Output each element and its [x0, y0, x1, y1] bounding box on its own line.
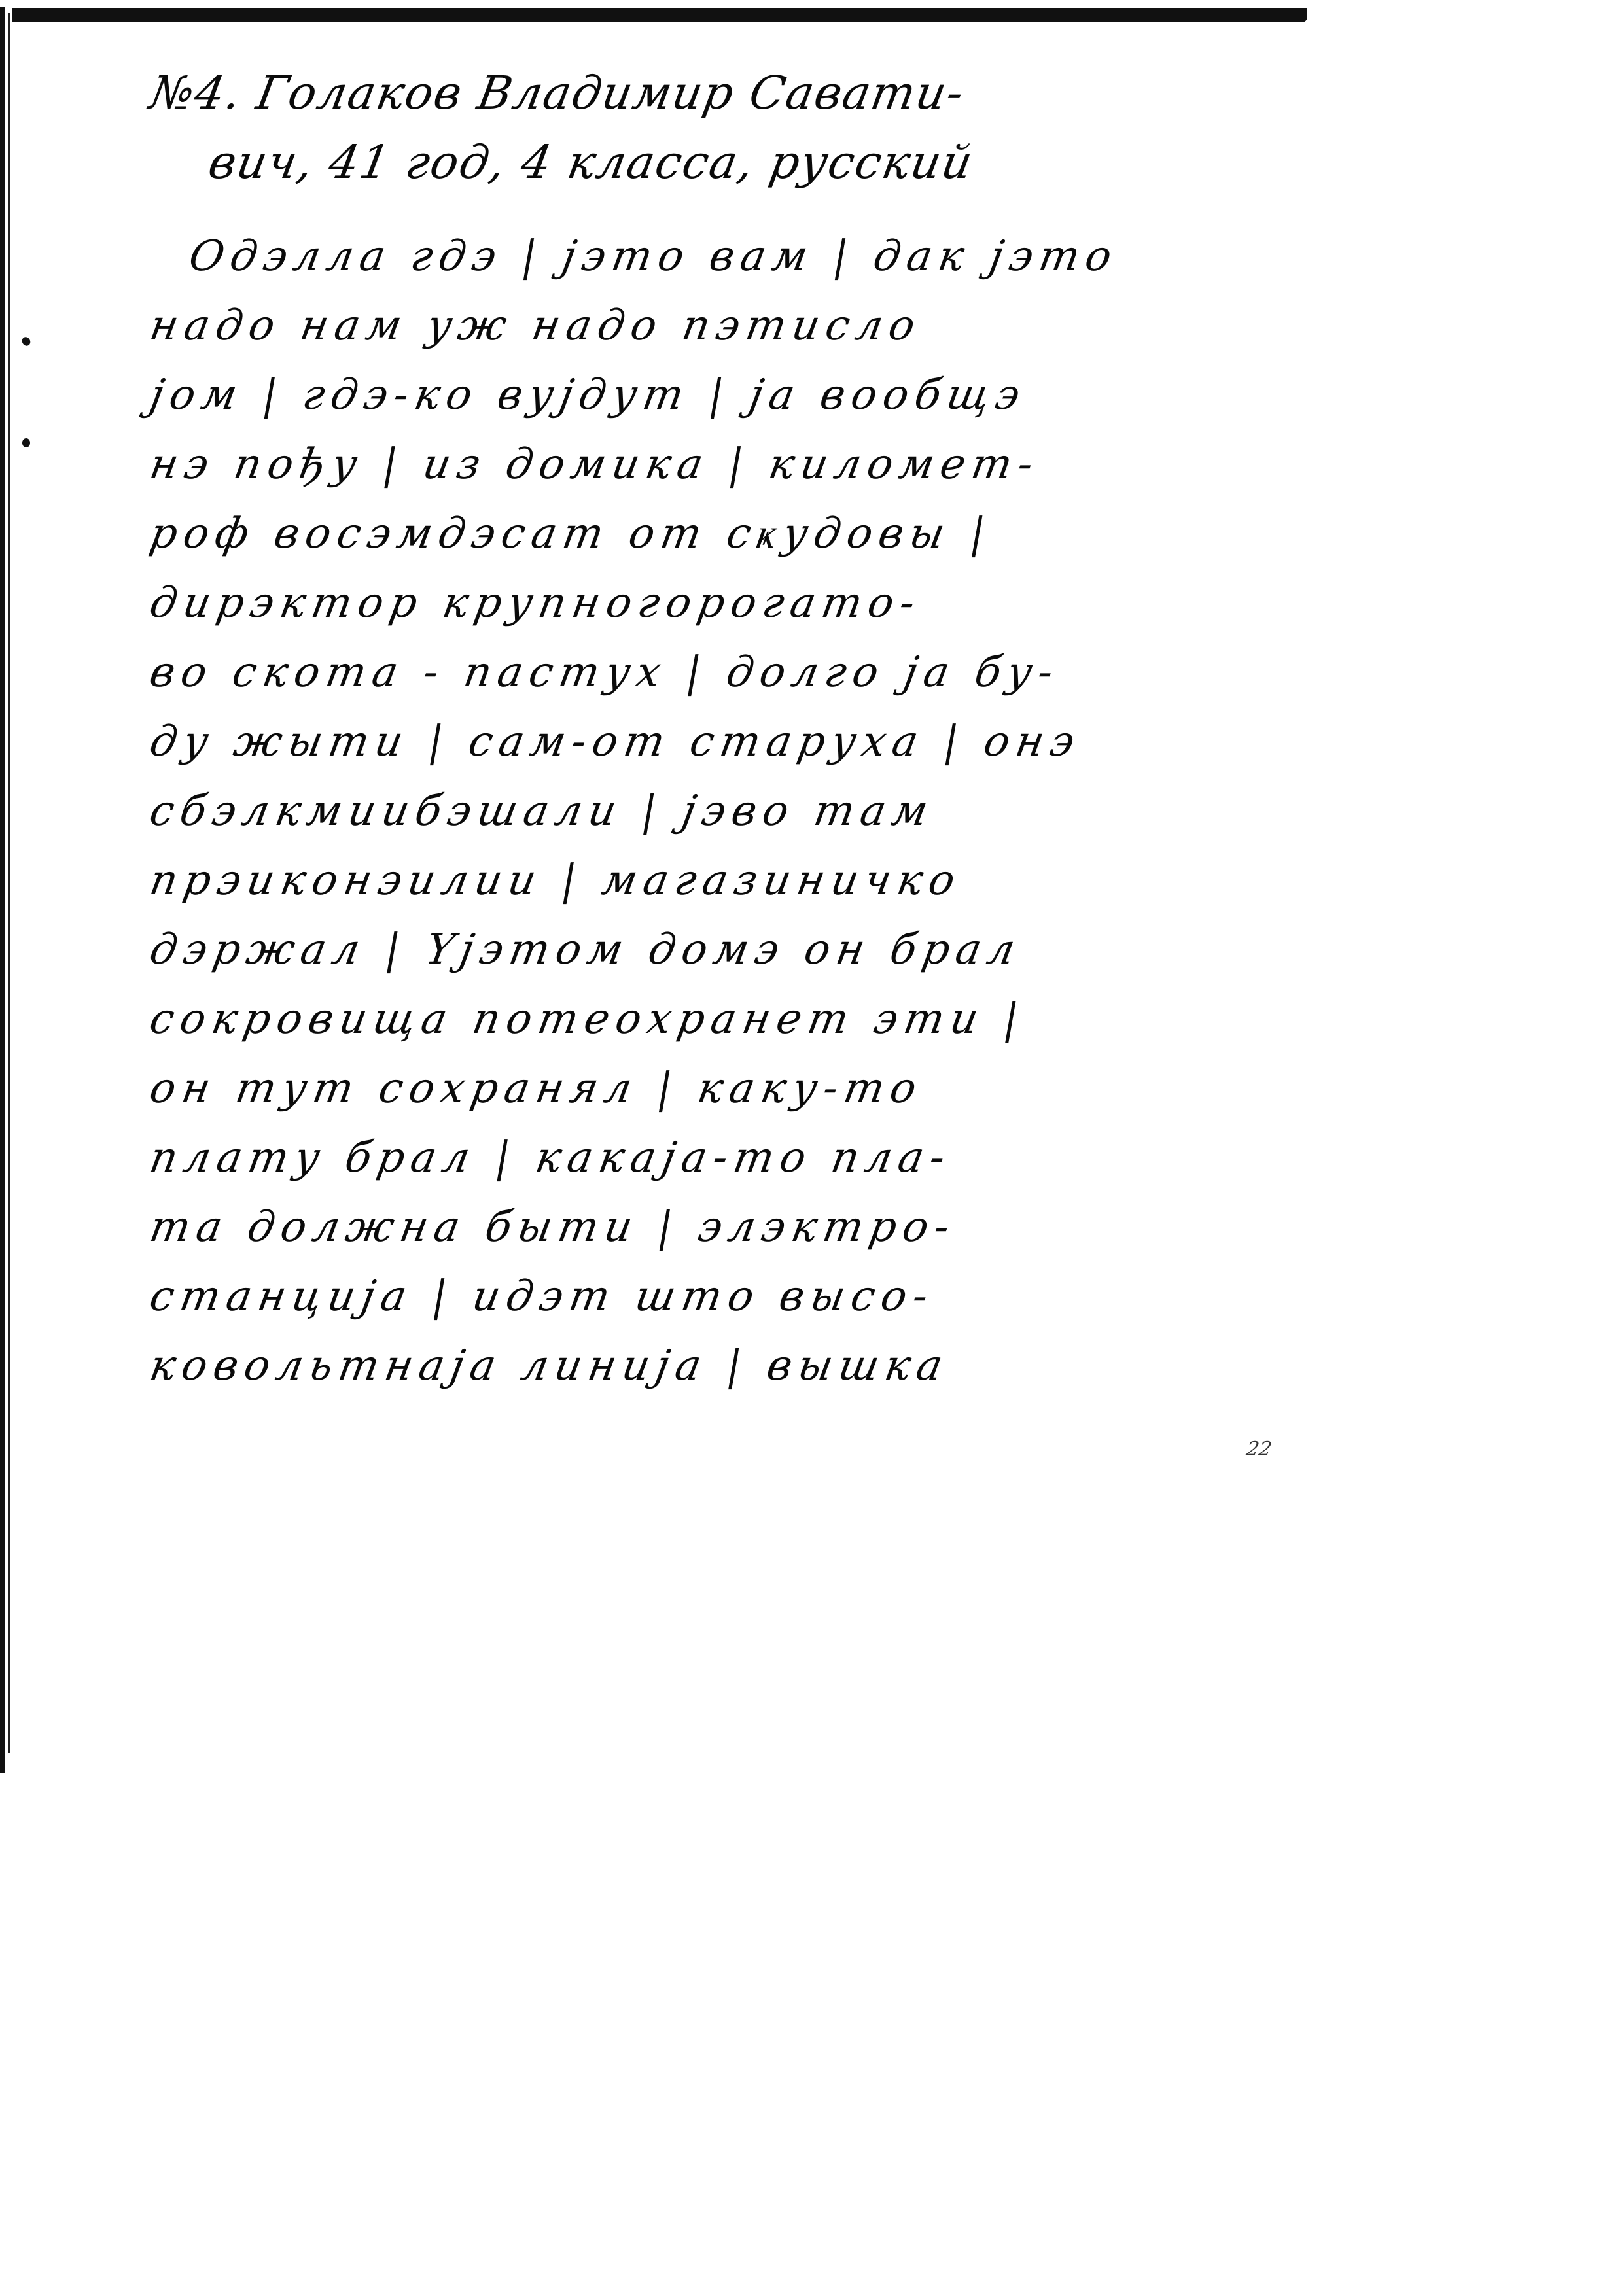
body-line: сбэлкмиибэшали | јэво там: [146, 784, 1307, 839]
body-line: во скота - пастух | долго ја бу-: [146, 645, 1307, 700]
body-line: станција | идэт што высо-: [146, 1269, 1307, 1324]
scan-top-border: [12, 8, 1307, 22]
scan-left-border: [0, 7, 5, 1773]
body-line: роф восэмдэсат от сҝудовы |: [146, 506, 1307, 561]
page-number: 22: [1245, 1438, 1273, 1461]
body-line: та должна быти | элэктро-: [146, 1200, 1307, 1255]
manuscript-text: №4. Голаков Владимир Савати- вич, 41 год…: [150, 65, 1302, 1408]
body-line: дирэктор крупногорогато-: [146, 576, 1307, 631]
body-line: Одэлла гдэ | јэто вам | дак јэто: [146, 229, 1307, 284]
body-line: ковольтнаја линија | вышка: [146, 1338, 1307, 1393]
margin-ink-mark: [22, 438, 30, 447]
scanned-page: №4. Голаков Владимир Савати- вич, 41 год…: [0, 0, 1607, 2296]
body-line: прэиконэилии | магазиничко: [146, 853, 1307, 908]
heading-line-2: вич, 41 год, 4 класса, русский: [146, 135, 1307, 190]
body-line: надо нам уж надо пэтисло: [146, 298, 1307, 353]
scan-left-border-inner: [8, 13, 10, 1753]
body-line: плату брал | какаја-то пла-: [146, 1130, 1307, 1185]
informant-heading: №4. Голаков Владимир Савати- вич, 41 год…: [150, 65, 1302, 190]
heading-line-1: №4. Голаков Владимир Савати-: [146, 65, 1307, 120]
body-line: нэ пођу | из домика | километ-: [146, 437, 1307, 492]
body-line: дэржал | Үјэтом домэ он брал: [146, 922, 1307, 977]
body-line: јом | гдэ-ко вујдут | ја вообщэ: [146, 368, 1307, 423]
body-line: он тут сохранял | каку-то: [146, 1061, 1307, 1116]
body-line: ду жыти | сам-от старуха | онэ: [146, 714, 1307, 769]
margin-ink-mark: [20, 336, 31, 347]
body-line: сокровища потеохранет эти |: [146, 992, 1307, 1047]
